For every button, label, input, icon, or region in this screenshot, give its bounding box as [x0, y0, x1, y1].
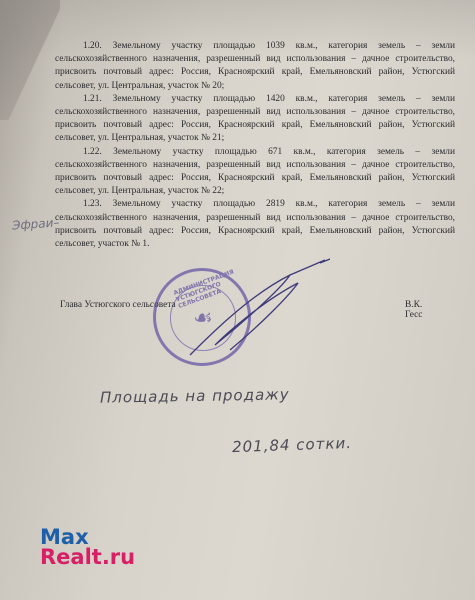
paragraph-line: сельсовет, ул. Центральная, участок № 20…	[55, 80, 455, 93]
paragraph-line: сельскохозяйственного назначения, разреш…	[55, 159, 455, 172]
paragraph-number: 1.23.	[83, 199, 102, 209]
paragraph-line: сельскохозяйственного назначения, разреш…	[55, 212, 455, 225]
paragraph-1-23: 1.23. Земельному участку площадью 2819 к…	[55, 198, 455, 251]
margin-handwritten-note: Эфраи–	[12, 215, 60, 232]
paragraph-1-20: 1.20. Земельному участку площадью 1039 к…	[55, 40, 455, 93]
signatory-name: В.К. Гесс	[405, 300, 440, 320]
watermark-logo: Max Realt.ru	[40, 527, 135, 567]
paragraph-line: сельсовет, участок № 1.	[55, 238, 455, 251]
signatory-title: Глава Устюгского сельсовета	[60, 300, 176, 310]
signature-icon	[170, 255, 330, 365]
handwritten-area-value: 201,84 сотки.	[232, 434, 353, 456]
paragraph-line: Земельному участку площадью 671 кв.м., к…	[113, 147, 455, 157]
paragraph-line: Земельному участку площадью 2819 кв.м., …	[113, 199, 455, 209]
paragraph-line: сельсовет, ул. Центральная, участок № 21…	[55, 132, 455, 145]
paragraph-line: сельсовет, ул. Центральная, участок № 22…	[55, 185, 455, 198]
document-body: 1.20. Земельному участку площадью 1039 к…	[55, 40, 455, 251]
paragraph-line: присвоить почтовый адрес: Россия, Красно…	[55, 172, 455, 185]
paragraph-line: сельскохозяйственного назначения, разреш…	[55, 53, 455, 66]
paragraph-number: 1.20.	[83, 41, 102, 51]
paragraph-1-21: 1.21. Земельному участку площадью 1420 к…	[55, 93, 455, 146]
paragraph-line: присвоить почтовый адрес: Россия, Красно…	[55, 66, 455, 79]
watermark-line1: Max	[40, 527, 135, 547]
paragraph-line: присвоить почтовый адрес: Россия, Красно…	[55, 119, 455, 132]
paragraph-number: 1.22.	[83, 147, 102, 157]
handwritten-area-label: Площадь на продажу	[100, 385, 290, 406]
paragraph-line: Земельному участку площадью 1039 кв.м., …	[113, 41, 455, 51]
paragraph-1-22: 1.22. Земельному участку площадью 671 кв…	[55, 146, 455, 199]
watermark-line2: Realt.ru	[40, 547, 135, 567]
paragraph-number: 1.21.	[83, 94, 102, 104]
paragraph-line: сельскохозяйственного назначения, разреш…	[55, 106, 455, 119]
paragraph-line: Земельному участку площадью 1420 кв.м., …	[113, 94, 455, 104]
paragraph-line: присвоить почтовый адрес: Россия, Красно…	[55, 225, 455, 238]
